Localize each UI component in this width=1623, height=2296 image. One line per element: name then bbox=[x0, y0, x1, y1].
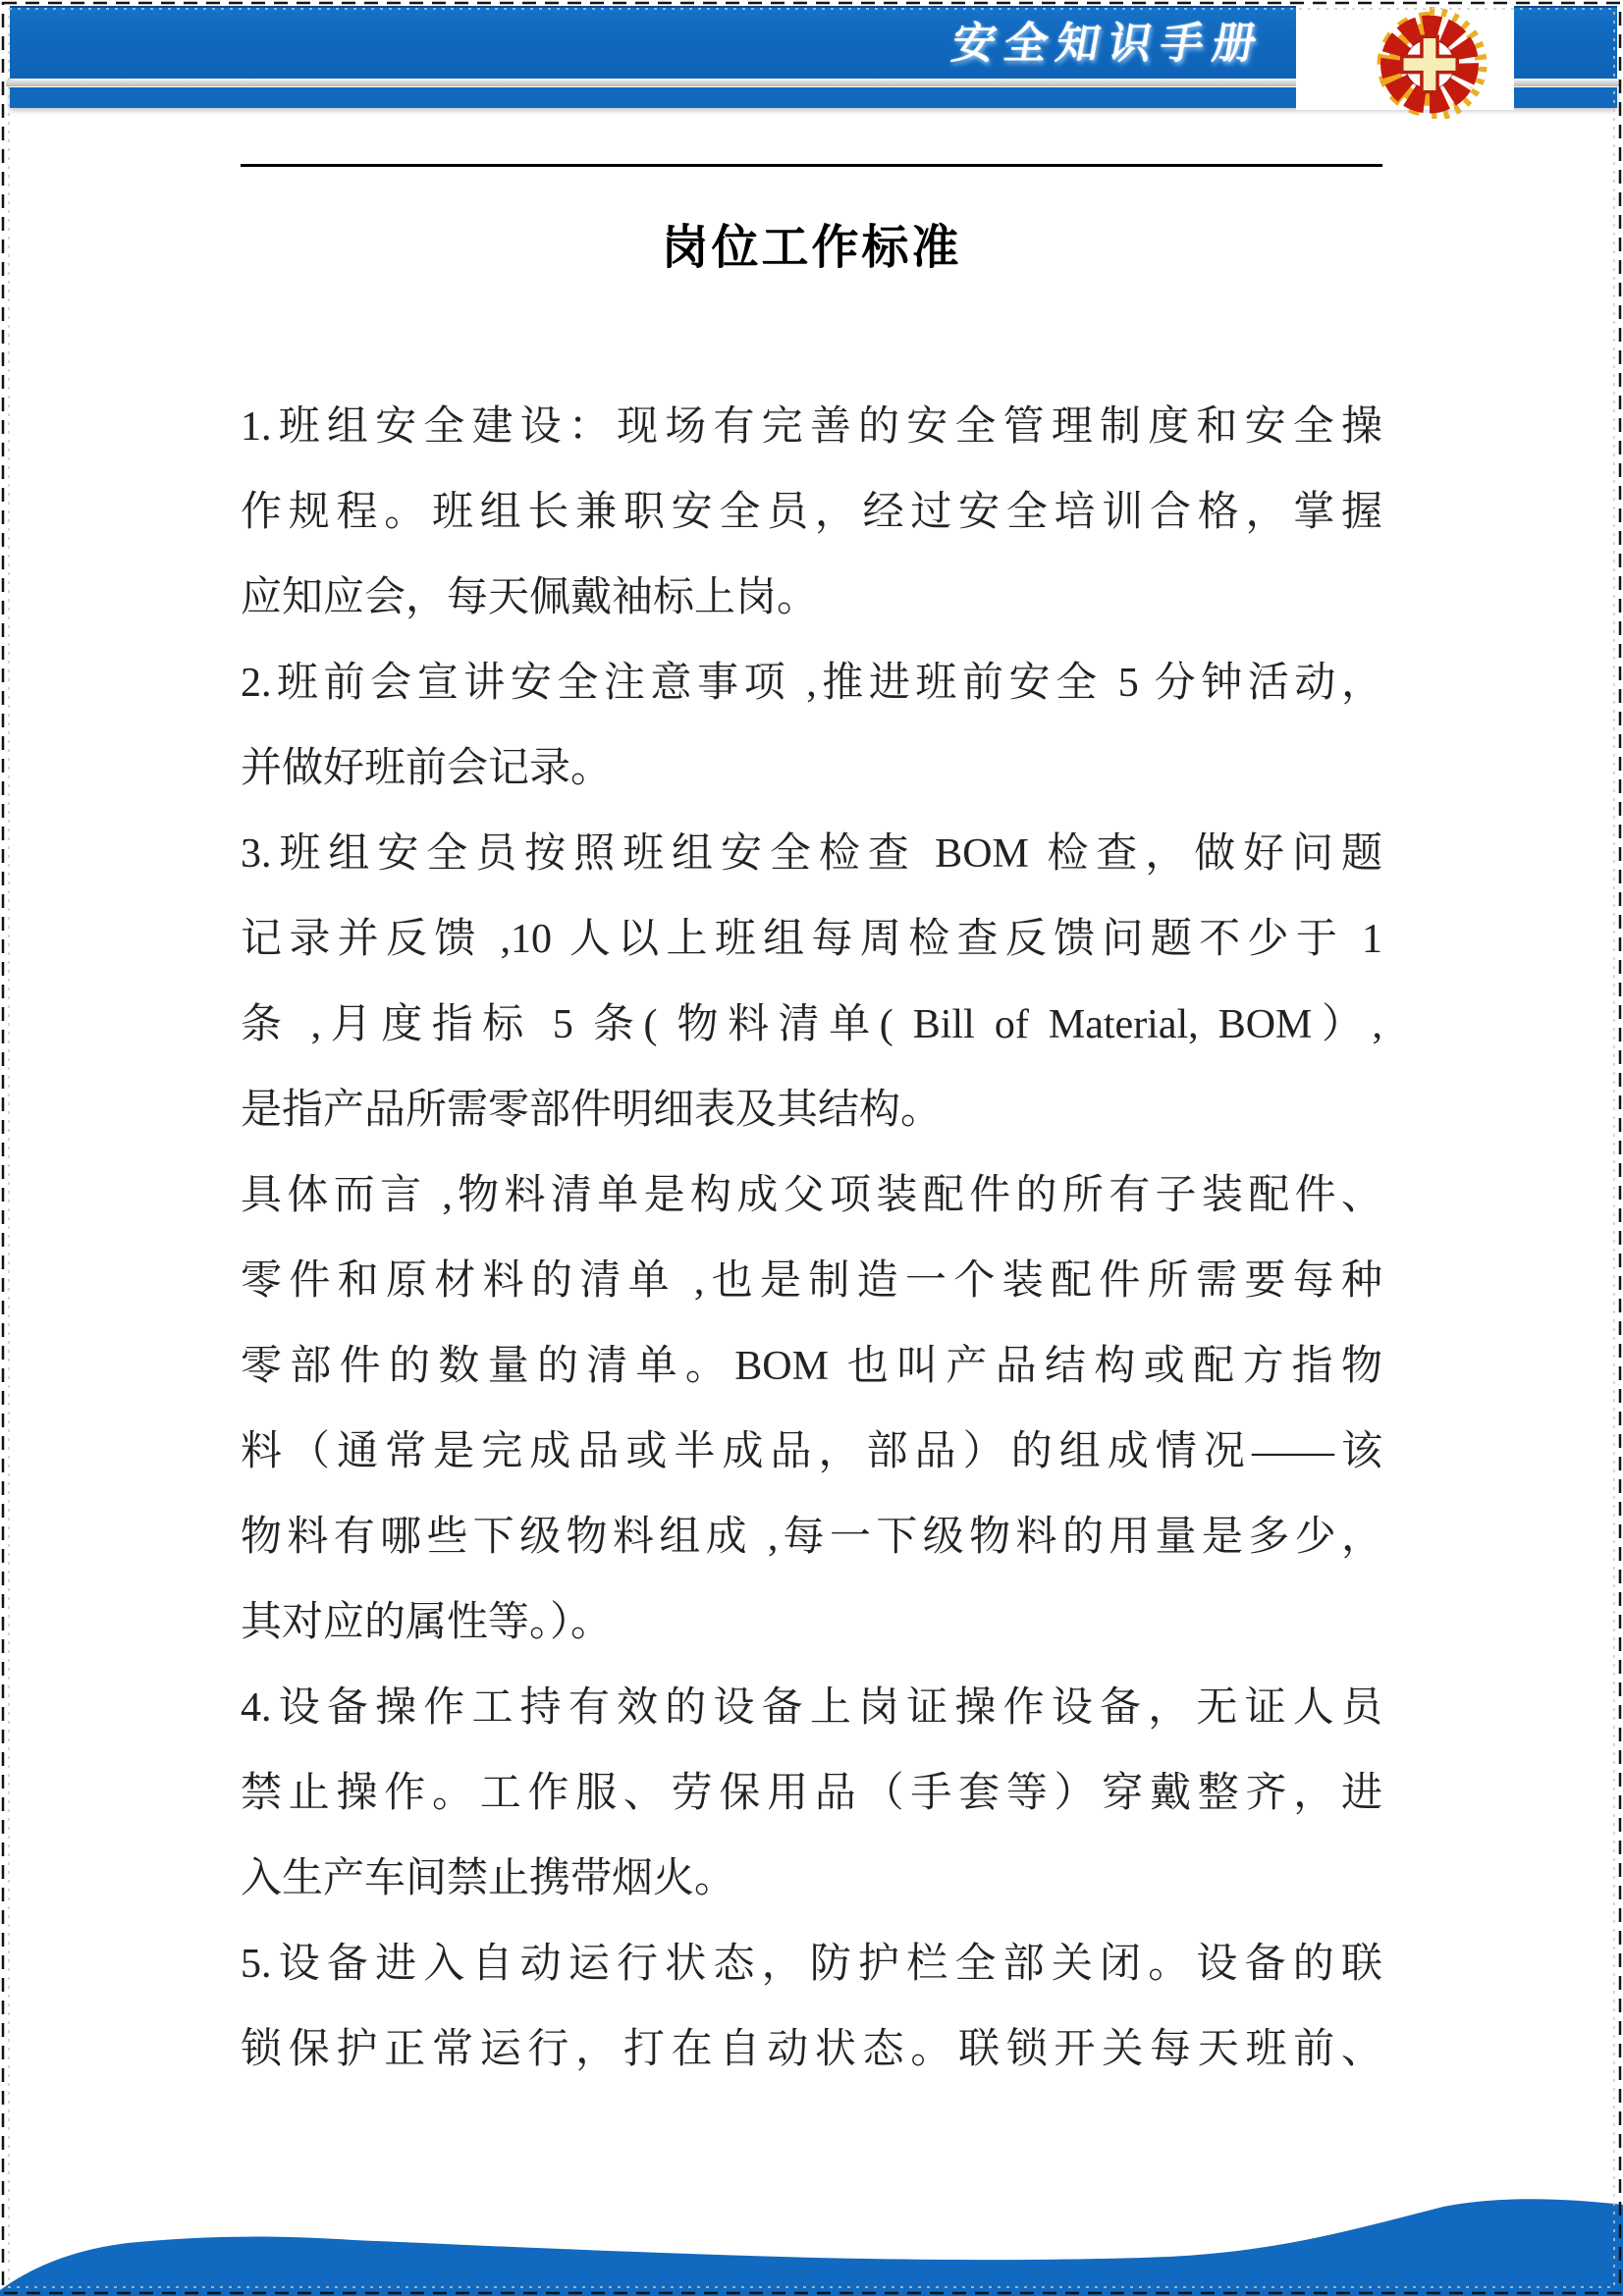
body-line: 料（通常是完成品或半成品，部品）的组成情况——该 bbox=[241, 1410, 1382, 1495]
footer-wave bbox=[0, 2139, 1623, 2296]
body-line: 是指产品所需零部件明细表及其结构。 bbox=[241, 1068, 1382, 1153]
body-line: 3.班组安全员按照班组安全检查 BOM 检查，做好问题 bbox=[241, 812, 1382, 897]
title-rule bbox=[241, 164, 1382, 167]
body-text: 1.班组安全建设：现场有完善的安全管理制度和安全操作规程。班组长兼职安全员，经过… bbox=[241, 385, 1382, 2093]
document-page: 安全知识手册 岗位工作标准 1.班组安全建设：现场有完善的安全管理制度和安全操作… bbox=[0, 0, 1623, 2296]
body-line: 2.班前会宣讲安全注意事项 ,推进班前安全 5 分钟活动， bbox=[241, 641, 1382, 726]
logo-box bbox=[1296, 4, 1514, 110]
body-line: 应知应会，每天佩戴袖标上岗。 bbox=[241, 556, 1382, 641]
body-line: 具体而言 ,物料清单是构成父项装配件的所有子装配件、 bbox=[241, 1153, 1382, 1239]
body-line: 其对应的属性等。）。 bbox=[241, 1580, 1382, 1666]
work-safety-emblem-icon bbox=[1355, 7, 1504, 119]
banner-title: 安全知识手册 bbox=[952, 17, 1265, 72]
body-line: 锁保护正常运行，打在自动状态。联锁开关每天班前、 bbox=[241, 2007, 1382, 2093]
body-line: 条 ,月度指标 5 条( 物料清单( Bill of Material, BOM… bbox=[241, 983, 1382, 1068]
body-line: 禁止操作。工作服、劳保用品（手套等）穿戴整齐，进 bbox=[241, 1751, 1382, 1837]
body-line: 记录并反馈 ,10 人以上班组每周检查反馈问题不少于 1 bbox=[241, 897, 1382, 983]
body-line: 物料有哪些下级物料组成 ,每一下级物料的用量是多少， bbox=[241, 1495, 1382, 1580]
body-line: 零部件的数量的清单。BOM 也叫产品结构或配方指物 bbox=[241, 1324, 1382, 1410]
body-line: 入生产车间禁止携带烟火。 bbox=[241, 1837, 1382, 1922]
body-line: 5.设备进入自动运行状态，防护栏全部关闭。设备的联 bbox=[241, 1922, 1382, 2007]
page-title: 岗位工作标准 bbox=[0, 209, 1623, 277]
body-line: 1.班组安全建设：现场有完善的安全管理制度和安全操 bbox=[241, 385, 1382, 470]
body-line: 作规程。班组长兼职安全员，经过安全培训合格，掌握 bbox=[241, 470, 1382, 556]
body-line: 4.设备操作工持有效的设备上岗证操作设备，无证人员 bbox=[241, 1666, 1382, 1751]
body-line: 零件和原材料的清单 ,也是制造一个装配件所需要每种 bbox=[241, 1239, 1382, 1324]
body-line: 并做好班前会记录。 bbox=[241, 726, 1382, 812]
